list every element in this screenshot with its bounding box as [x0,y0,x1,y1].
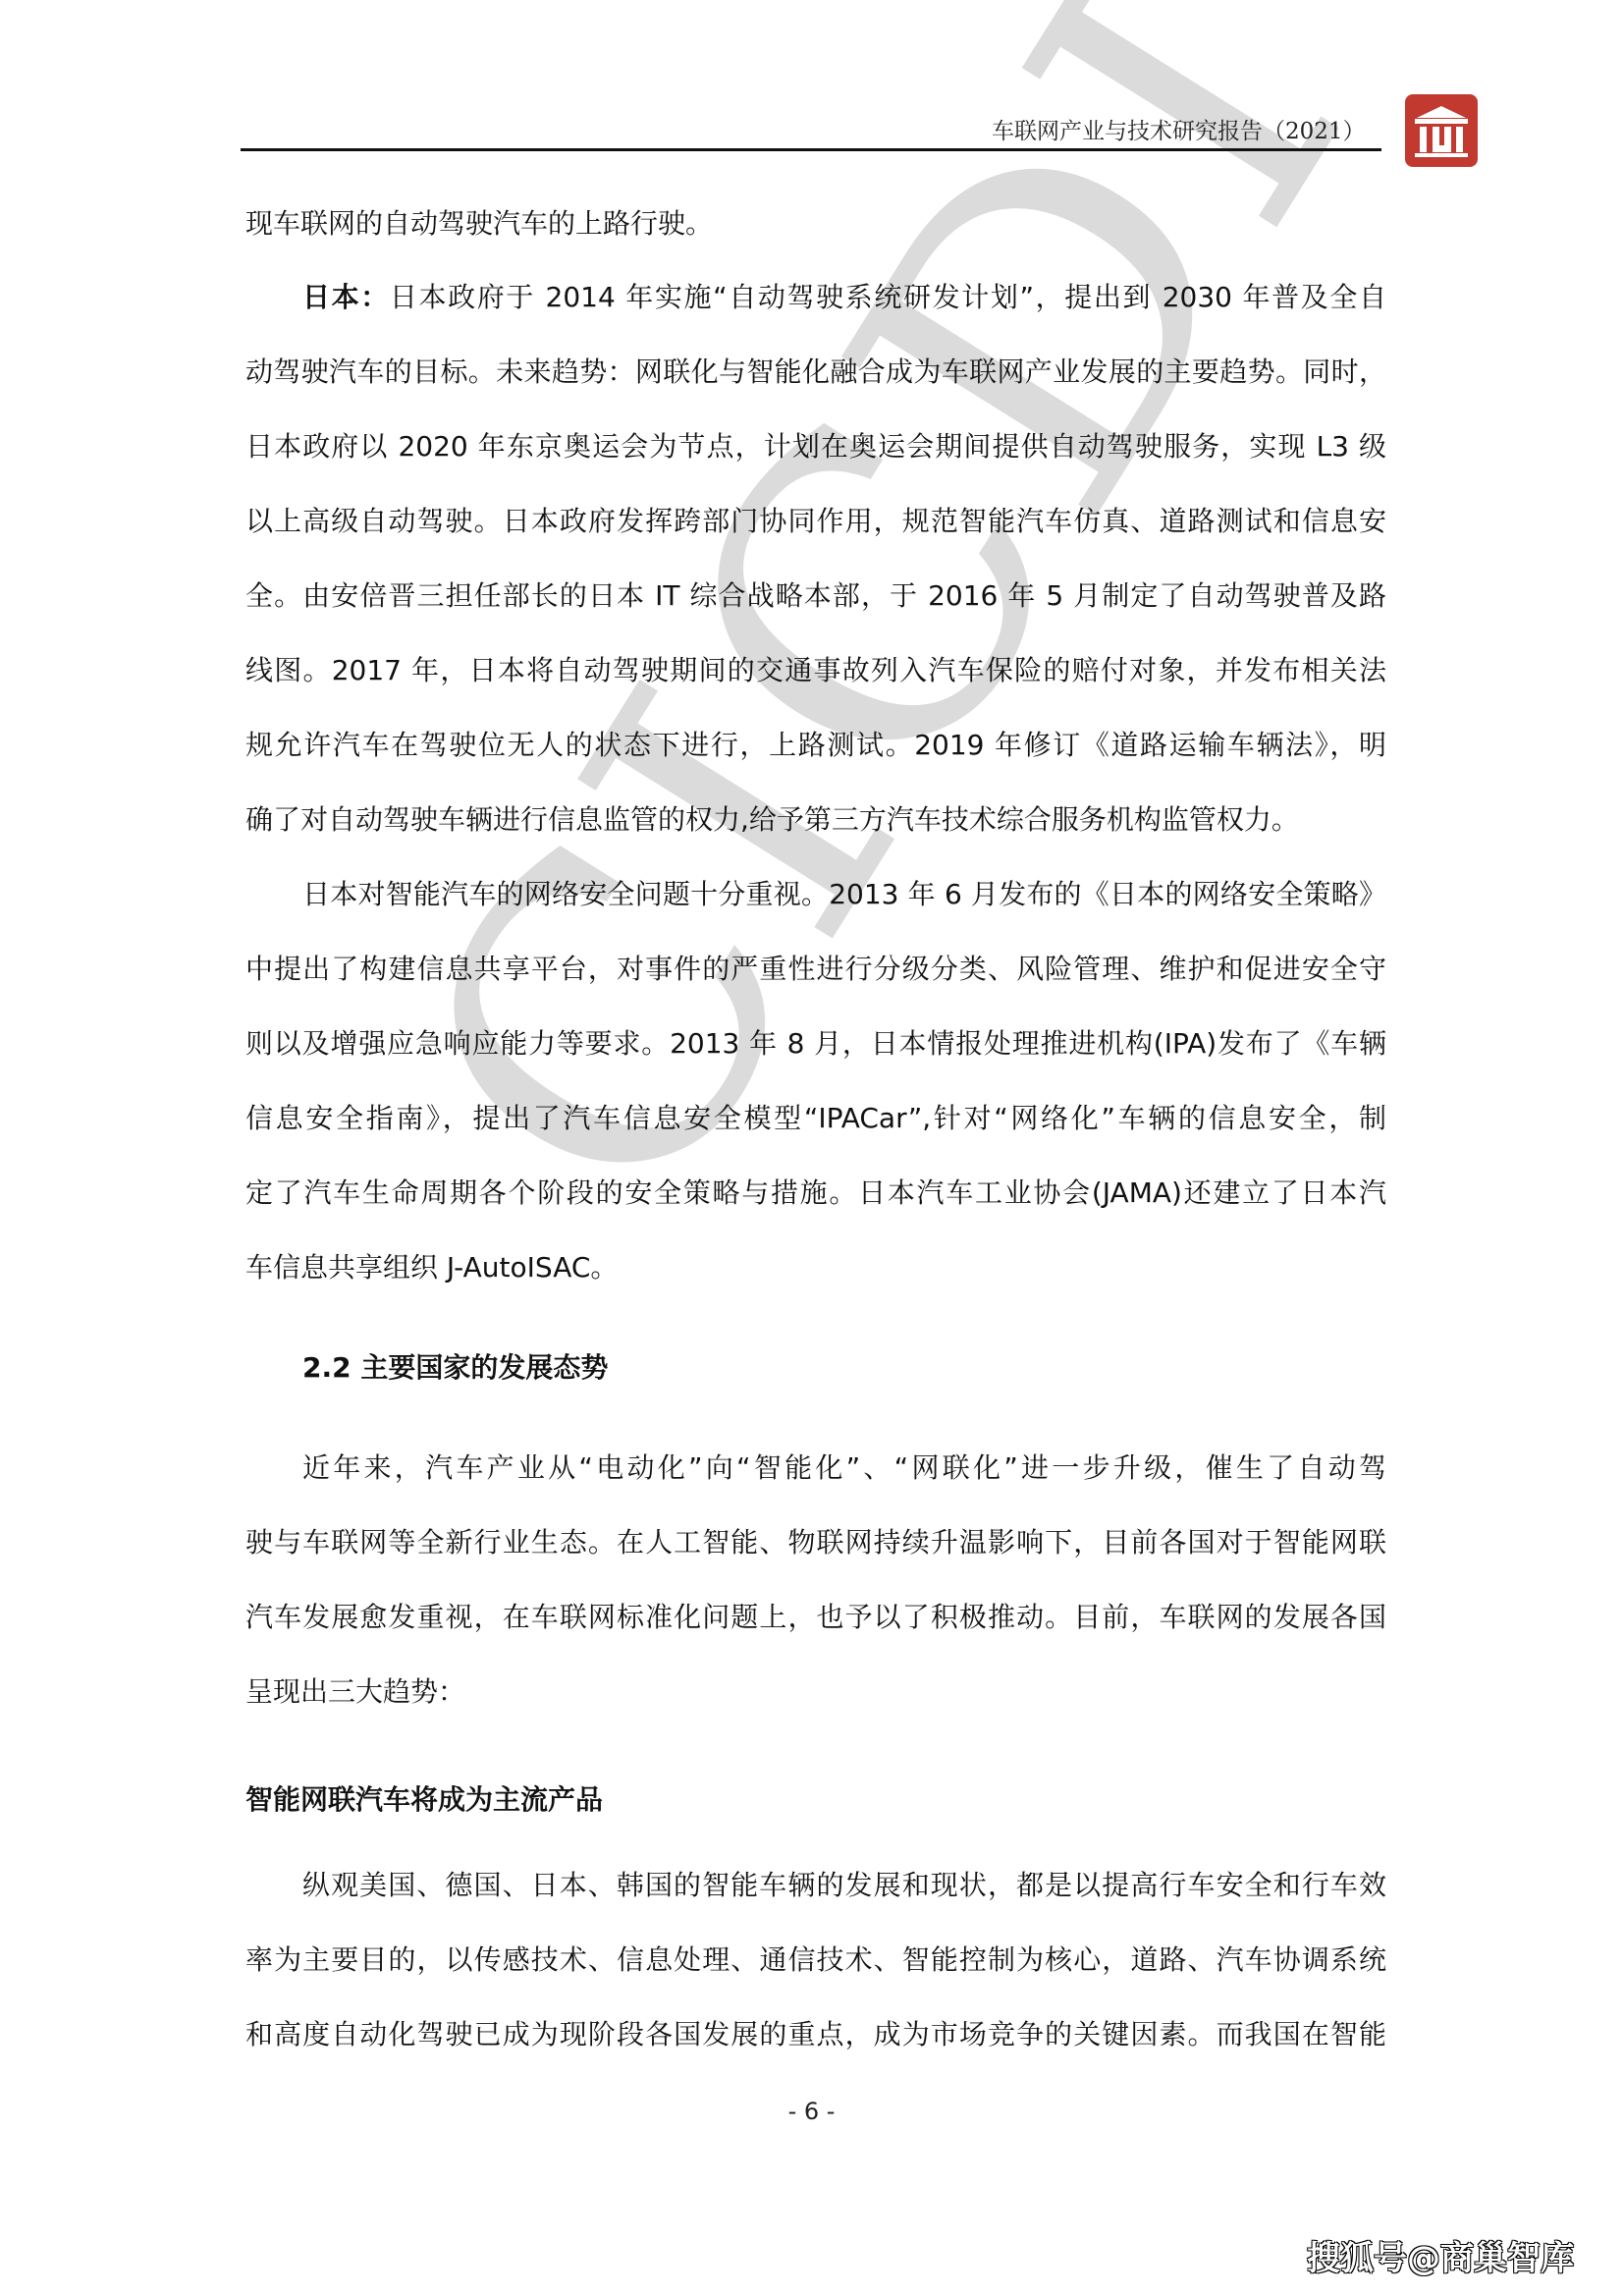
paragraph-line: 以上高级自动驾驶。日本政府发挥跨部门协同作用，规范智能汽车仿真、道路测试和信息安 [245,505,1386,538]
paragraph-line: 呈现出三大趋势： [245,1675,1386,1709]
paragraph-line: 车信息共享组织 J-AutoISAC。 [245,1251,1386,1285]
header-divider [241,148,1381,151]
paragraph-text: 日本政府于 2014 年实施“自动驾驶系统研发计划”，提出到 2030 年普及全… [390,281,1386,313]
paragraph-line: 纵观美国、德国、日本、韩国的智能车辆的发展和现状，都是以提高行车安全和行车效 [245,1869,1386,1902]
paragraph-line: 现车联网的自动驾驶汽车的上路行驶。 [245,207,1386,241]
paragraph-line: 日本对智能汽车的网络安全问题十分重视。2013 年 6 月发布的《日本的网络安全… [245,878,1386,911]
paragraph-line: 则以及增强应急响应能力等要求。2013 年 8 月，日本情报处理推进机构(IPA… [245,1027,1386,1061]
paragraph-line: 近年来，汽车产业从“电动化”向“智能化”、“网联化”进一步升级，催生了自动驾 [245,1451,1386,1485]
paragraph-line: 中提出了构建信息共享平台，对事件的严重性进行分级分类、风险管理、维护和促进安全守 [245,953,1386,986]
section-heading: 2.2 主要国家的发展态势 [302,1351,608,1385]
paragraph-line: 定了汽车生命周期各个阶段的安全策略与措施。日本汽车工业协会(JAMA)还建立了日… [245,1176,1386,1210]
paragraph-line: 信息安全指南》，提出了汽车信息安全模型“IPACar”,针对“网络化”车辆的信息… [245,1102,1386,1135]
subheading: 智能网联汽车将成为主流产品 [245,1783,603,1817]
japan-label: 日本： [302,281,390,313]
source-watermark: 搜狐号@商巢智库 [1307,2231,1574,2279]
paragraph-line: 汽车发展愈发重视，在车联网标准化问题上，也予以了积极推动。目前，车联网的发展各国 [245,1601,1386,1634]
paragraph-line: 线图。2017 年，日本将自动驾驶期间的交通事故列入汽车保险的赔付对象，并发布相… [245,654,1386,687]
paragraph-line: 动驾驶汽车的目标。未来趋势：网联化与智能化融合成为车联网产业发展的主要趋势。同时… [245,355,1386,389]
paragraph-line: 驶与车联网等全新行业生态。在人工智能、物联网持续升温影响下，目前各国对于智能网联 [245,1526,1386,1559]
paragraph-line: 率为主要目的，以传感技术、信息处理、通信技术、智能控制为核心，道路、汽车协调系统 [245,1943,1386,1977]
cicdi-building-logo-icon [1405,94,1478,167]
paragraph-line: 全。由安倍晋三担任部长的日本 IT 综合战略本部，于 2016 年 5 月制定了… [245,579,1386,613]
page-number: - 6 - [0,2098,1623,2125]
header-title: 车联网产业与技术研究报告（2021） [992,113,1366,145]
paragraph-line: 确了对自动驾驶车辆进行信息监管的权力,给予第三方汽车技术综合服务机构监管权力。 [245,803,1386,837]
paragraph-line: 日本：日本政府于 2014 年实施“自动驾驶系统研发计划”，提出到 2030 年… [245,281,1386,314]
watermark: CICDI [324,0,1439,1285]
paragraph-line: 日本政府以 2020 年东京奥运会为节点，计划在奥运会期间提供自动驾驶服务，实现… [245,430,1386,464]
paragraph-line: 和高度自动化驾驶已成为现阶段各国发展的重点，成为市场竞争的关键因素。而我国在智能 [245,2018,1386,2051]
paragraph-line: 规允许汽车在驾驶位无人的状态下进行，上路测试。2019 年修订《道路运输车辆法》… [245,729,1386,762]
